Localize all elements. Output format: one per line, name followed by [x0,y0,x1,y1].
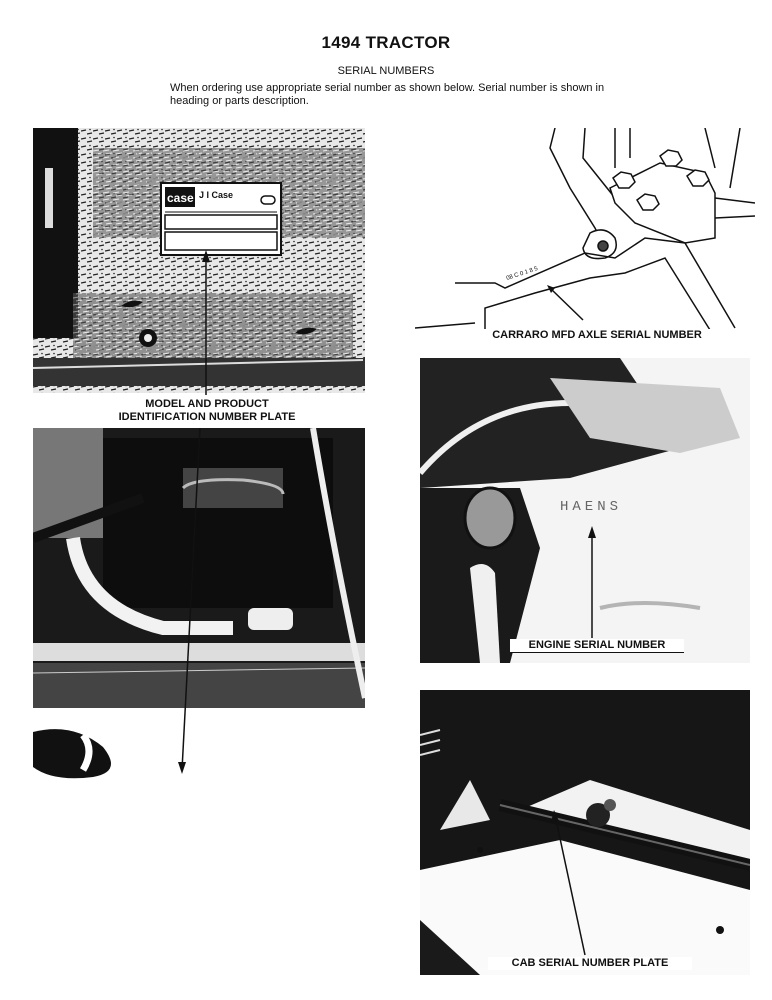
tractor-fragment [33,720,143,780]
intro-text: When ordering use appropriate serial num… [170,82,630,108]
id-plate: case J I Case [161,183,281,255]
tractor-underside-photo [33,428,365,708]
svg-text:J I Case: J I Case [199,190,233,200]
svg-text:HAENS: HAENS [560,499,622,515]
caption-model-plate-line2: IDENTIFICATION NUMBER PLATE [97,411,317,424]
svg-text:case: case [167,191,194,205]
caption-model-plate-line1: MODEL AND PRODUCT [97,398,317,411]
cab-photo [420,690,750,975]
caption-engine: ENGINE SERIAL NUMBER [510,639,684,653]
svg-text:08 C 0 1 8 5: 08 C 0 1 8 5 [506,266,540,282]
engine-photo: HAENS [420,358,750,663]
section-subtitle: SERIAL NUMBERS [0,65,772,77]
model-plate-photo: case J I Case [33,128,365,393]
caption-axle: CARRARO MFD AXLE SERIAL NUMBER [465,329,729,342]
caption-model-plate: MODEL AND PRODUCT IDENTIFICATION NUMBER … [95,398,319,424]
page-title: 1494 TRACTOR [0,33,772,53]
caption-cab: CAB SERIAL NUMBER PLATE [488,957,692,970]
axle-illustration: 08 C 0 1 8 5 [415,128,755,343]
